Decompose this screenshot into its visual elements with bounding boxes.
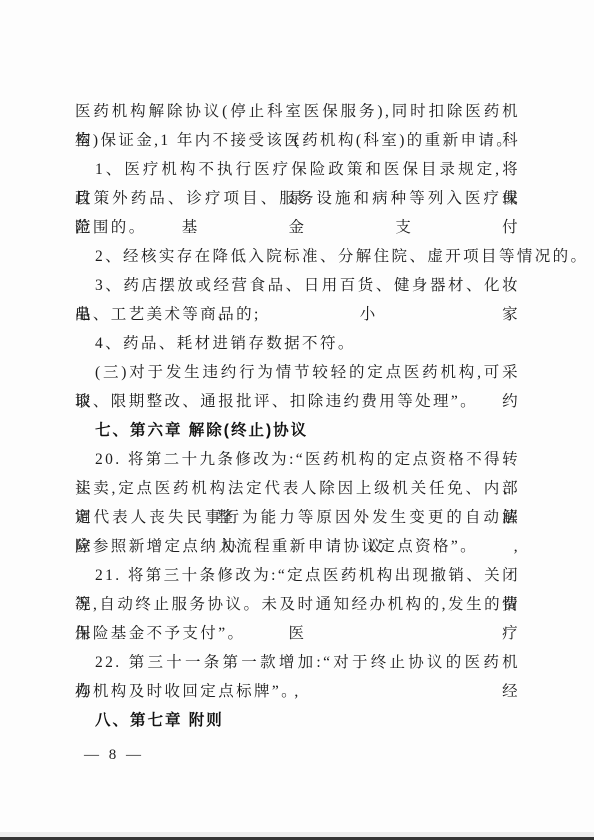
text-line: 政策外药品、诊疗项目、服务设施和病种等列入医疗保险基金支付 [75, 184, 520, 213]
text-line: 22. 第三十一条第一款增加:“对于终止协议的医药机构,经 [75, 648, 520, 677]
text-line: 20. 将第二十九条修改为:“医药机构的定点资格不得转让、 [75, 445, 520, 474]
text-line: 21. 将第三十条修改为:“定点医药机构出现撤销、关闭等情 [75, 561, 520, 590]
text-line: 2、经核实存在降低入院标准、分解住院、虚开项目等情况的。 [75, 242, 520, 271]
text-line: 1、医疗机构不执行医疗保险政策和医保目录规定,将目录或 [75, 155, 520, 184]
document-page: 医药机构解除协议(停止科室医保服务),同时扣除医药机构(科 室)保证金,1 年内… [0, 0, 594, 840]
text-line: 医药机构解除协议(停止科室医保服务),同时扣除医药机构(科 [75, 97, 520, 126]
text-line: 况,自动终止服务协议。未及时通知经办机构的,发生的费用医疗 [75, 590, 520, 619]
text-line: 4、药品、耗材进销存数据不符。 [75, 329, 520, 358]
text-line: 室)保证金,1 年内不接受该医药机构(科室)的重新申请。 [75, 126, 520, 155]
text-line: 应参照新增定点纳入流程重新申请协议定点资格”。 [75, 532, 520, 561]
text-line: 谈、限期整改、通报批评、扣除违约费用等处理”。 [75, 387, 520, 416]
document-text: 医药机构解除协议(停止科室医保服务),同时扣除医药机构(科 室)保证金,1 年内… [75, 97, 520, 735]
text-line: 买卖,定点医药机构法定代表人除因上级机关任免、内部调整、法 [75, 474, 520, 503]
text-line: 定代表人丧失民事行为能力等原因外发生变更的自动解除协议, [75, 503, 520, 532]
section-heading: 七、第六章 解除(终止)协议 [75, 416, 520, 445]
text-line: 3、药店摆放或经营食品、日用百货、健身器材、化妆品、小家 [75, 271, 520, 300]
text-line: (三)对于发生违约行为情节较轻的定点医药机构,可采取约 [75, 358, 520, 387]
page-number: — 8 — [84, 745, 144, 765]
section-heading: 八、第七章 附则 [75, 706, 520, 735]
